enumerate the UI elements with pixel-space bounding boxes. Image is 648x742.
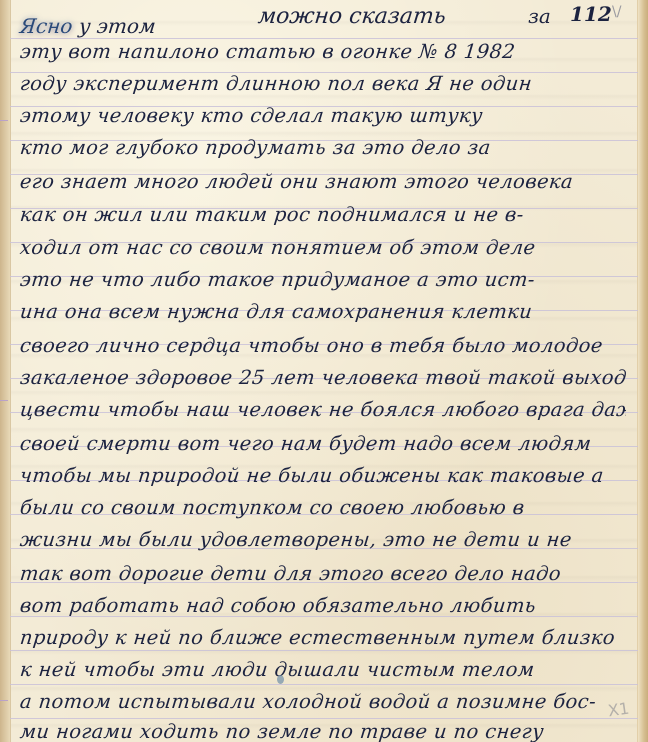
handwritten-line: ходил от нас со своим понятием об этом д… xyxy=(19,236,628,260)
handwritten-line: а потом испытывали холодной водой а пози… xyxy=(19,690,628,714)
ink-blot xyxy=(277,675,284,684)
handwritten-line: природу к ней по ближе естественным путе… xyxy=(19,626,628,650)
ruled-line xyxy=(10,684,638,685)
margin-tick xyxy=(0,120,8,121)
notebook-page: Ясно у этом можно сказать за 112 \/ эту … xyxy=(0,0,648,742)
handwritten-line: году эксперимент длинною пол века Я не о… xyxy=(19,72,628,96)
handwritten-line: как он жил или таким рос поднимался и не… xyxy=(19,203,628,227)
handwritten-line: ми ногами ходить по земле по траве и по … xyxy=(19,720,628,742)
handwritten-line: вот работать над собою обязательно любит… xyxy=(19,594,628,618)
handwritten-line: это не что либо такое придуманое а это и… xyxy=(19,268,628,292)
handwritten-line: этому человеку кто сделал такую штуку xyxy=(19,104,628,128)
header-right-text: за xyxy=(528,4,551,28)
left-margin-strip xyxy=(0,0,11,742)
smudged-word: Ясно xyxy=(19,14,74,38)
handwritten-line: его знает много людей они знают этого че… xyxy=(19,170,628,194)
handwritten-line: кто мог глубоко продумать за это дело за xyxy=(19,136,628,160)
margin-tick xyxy=(0,400,8,401)
handwritten-line: ина она всем нужна для самохранения клет… xyxy=(19,300,628,324)
handwritten-line: эту вот напилоно статью в огонке № 8 198… xyxy=(19,40,628,64)
handwritten-line: чтобы мы природой не были обижены как та… xyxy=(19,464,628,488)
handwritten-line: закаленое здоровое 25 лет человека твой … xyxy=(19,366,628,390)
handwritten-line: были со своим поступком со своею любовью… xyxy=(19,496,628,520)
handwritten-line: так вот дорогие дети для этого всего дел… xyxy=(19,562,628,586)
margin-tick xyxy=(0,700,8,701)
handwritten-line: своего лично сердца чтобы оно в тебя был… xyxy=(19,334,628,358)
handwritten-line: к ней чтобы эти люди дышали чистым телом xyxy=(19,658,628,682)
header-mid-text: можно сказать xyxy=(257,4,447,29)
pencil-mark-corner: X1 xyxy=(607,699,631,721)
right-page-edge xyxy=(637,0,648,742)
ruled-line xyxy=(10,38,638,39)
handwritten-line: своей смерти вот чего нам будет надо все… xyxy=(19,432,628,456)
page-number: 112 xyxy=(570,2,612,26)
header-left-text: Ясно у этом xyxy=(19,14,157,38)
pencil-mark-top: \/ xyxy=(612,4,621,20)
handwritten-line: цвести чтобы наш человек не боялся любог… xyxy=(19,398,628,422)
handwritten-line: жизни мы были удовлетворены, это не дети… xyxy=(19,528,628,552)
ruled-line xyxy=(10,650,638,651)
header-left-words: у этом xyxy=(78,14,157,38)
ruled-line xyxy=(10,718,638,719)
